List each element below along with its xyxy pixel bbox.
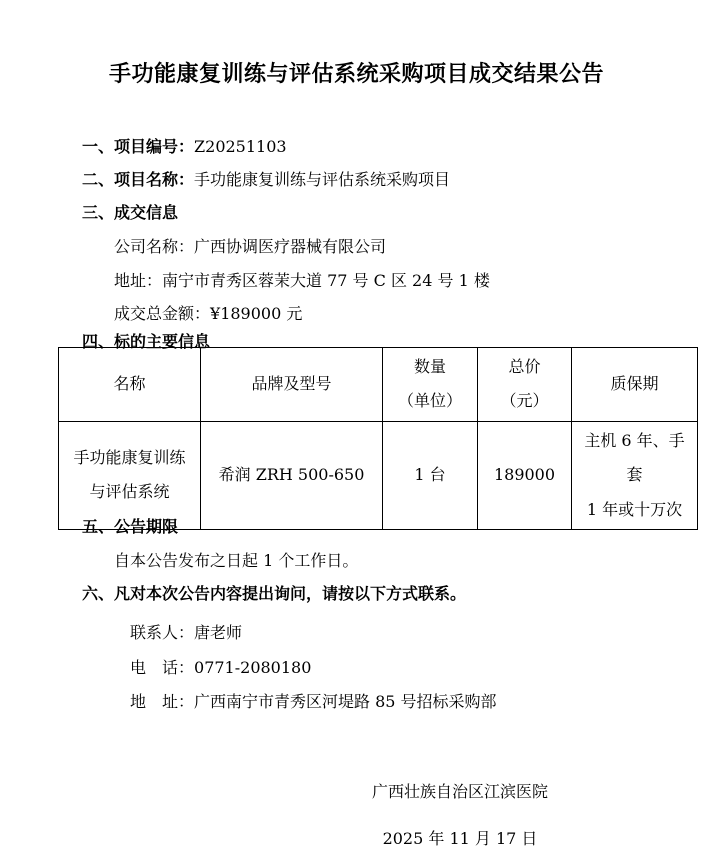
contact-phone-line: 电 话：0771-2080180 (130, 655, 311, 678)
deal-info-heading: 三、成交信息 (82, 200, 178, 223)
project-name-line: 二、项目名称：手功能康复训练与评估系统采购项目 (82, 167, 450, 190)
contact-address-line: 地 址：广西南宁市青秀区河堤路 85 号招标采购部 (130, 689, 497, 712)
document-title: 手功能康复训练与评估系统采购项目成交结果公告 (0, 57, 713, 88)
header-total-price: 总价 （元） (478, 348, 572, 422)
signature-block: 广西壮族自治区江滨医院 2025 年 11 月 17 日 (300, 779, 620, 849)
contact-phone-value: 0771-2080180 (194, 658, 311, 677)
contact-person-label: 联系人： (130, 623, 194, 642)
announcement-document: 手功能康复训练与评估系统采购项目成交结果公告 一、项目编号：Z20251103 … (0, 0, 713, 860)
cell-warranty: 主机 6 年、手套 1 年或十万次 (572, 421, 698, 529)
project-number-label: 一、项目编号： (82, 137, 194, 156)
deal-amount-line: 成交总金额：¥189000 元 (114, 301, 302, 324)
cell-quantity: 1 台 (383, 421, 478, 529)
project-name-label: 二、项目名称： (82, 170, 194, 189)
header-quantity: 数量 （单位） (383, 348, 478, 422)
project-name-value: 手功能康复训练与评估系统采购项目 (194, 170, 450, 189)
header-brand-model: 品牌及型号 (201, 348, 383, 422)
contact-phone-label: 电 话： (130, 658, 194, 677)
issue-date: 2025 年 11 月 17 日 (300, 826, 620, 849)
company-name-line: 公司名称：广西协调医疗器械有限公司 (114, 234, 386, 257)
company-address-line: 地址：南宁市青秀区蓉茉大道 77 号 C 区 24 号 1 楼 (114, 268, 490, 291)
contact-person-value: 唐老师 (194, 623, 242, 642)
company-address-value: 南宁市青秀区蓉茉大道 77 号 C 区 24 号 1 楼 (162, 271, 490, 290)
table-header-row: 名称 品牌及型号 数量 （单位） 总价 （元） 质保期 (59, 348, 698, 422)
project-number-value: Z20251103 (194, 137, 287, 156)
contact-address-value: 广西南宁市青秀区河堤路 85 号招标采购部 (194, 692, 497, 711)
company-address-label: 地址： (114, 271, 162, 290)
company-name-value: 广西协调医疗器械有限公司 (194, 237, 386, 256)
subject-info-table: 名称 品牌及型号 数量 （单位） 总价 （元） 质保期 手功能康复训练 与评估系… (58, 347, 698, 530)
notice-period-content: 自本公告发布之日起 1 个工作日。 (114, 548, 358, 571)
deal-amount-value: ¥189000 元 (210, 304, 302, 323)
issuing-organization: 广西壮族自治区江滨医院 (300, 779, 620, 802)
project-number-line: 一、项目编号：Z20251103 (82, 134, 287, 157)
deal-amount-label: 成交总金额： (114, 304, 210, 323)
notice-period-heading: 五、公告期限 (82, 514, 178, 537)
cell-brand-model: 希润 ZRH 500-650 (201, 421, 383, 529)
inquiry-heading: 六、凡对本次公告内容提出询问，请按以下方式联系。 (82, 581, 466, 604)
contact-person-line: 联系人：唐老师 (130, 620, 242, 643)
contact-address-label: 地 址： (130, 692, 194, 711)
header-name: 名称 (59, 348, 201, 422)
cell-total-price: 189000 (478, 421, 572, 529)
company-name-label: 公司名称： (114, 237, 194, 256)
header-warranty: 质保期 (572, 348, 698, 422)
